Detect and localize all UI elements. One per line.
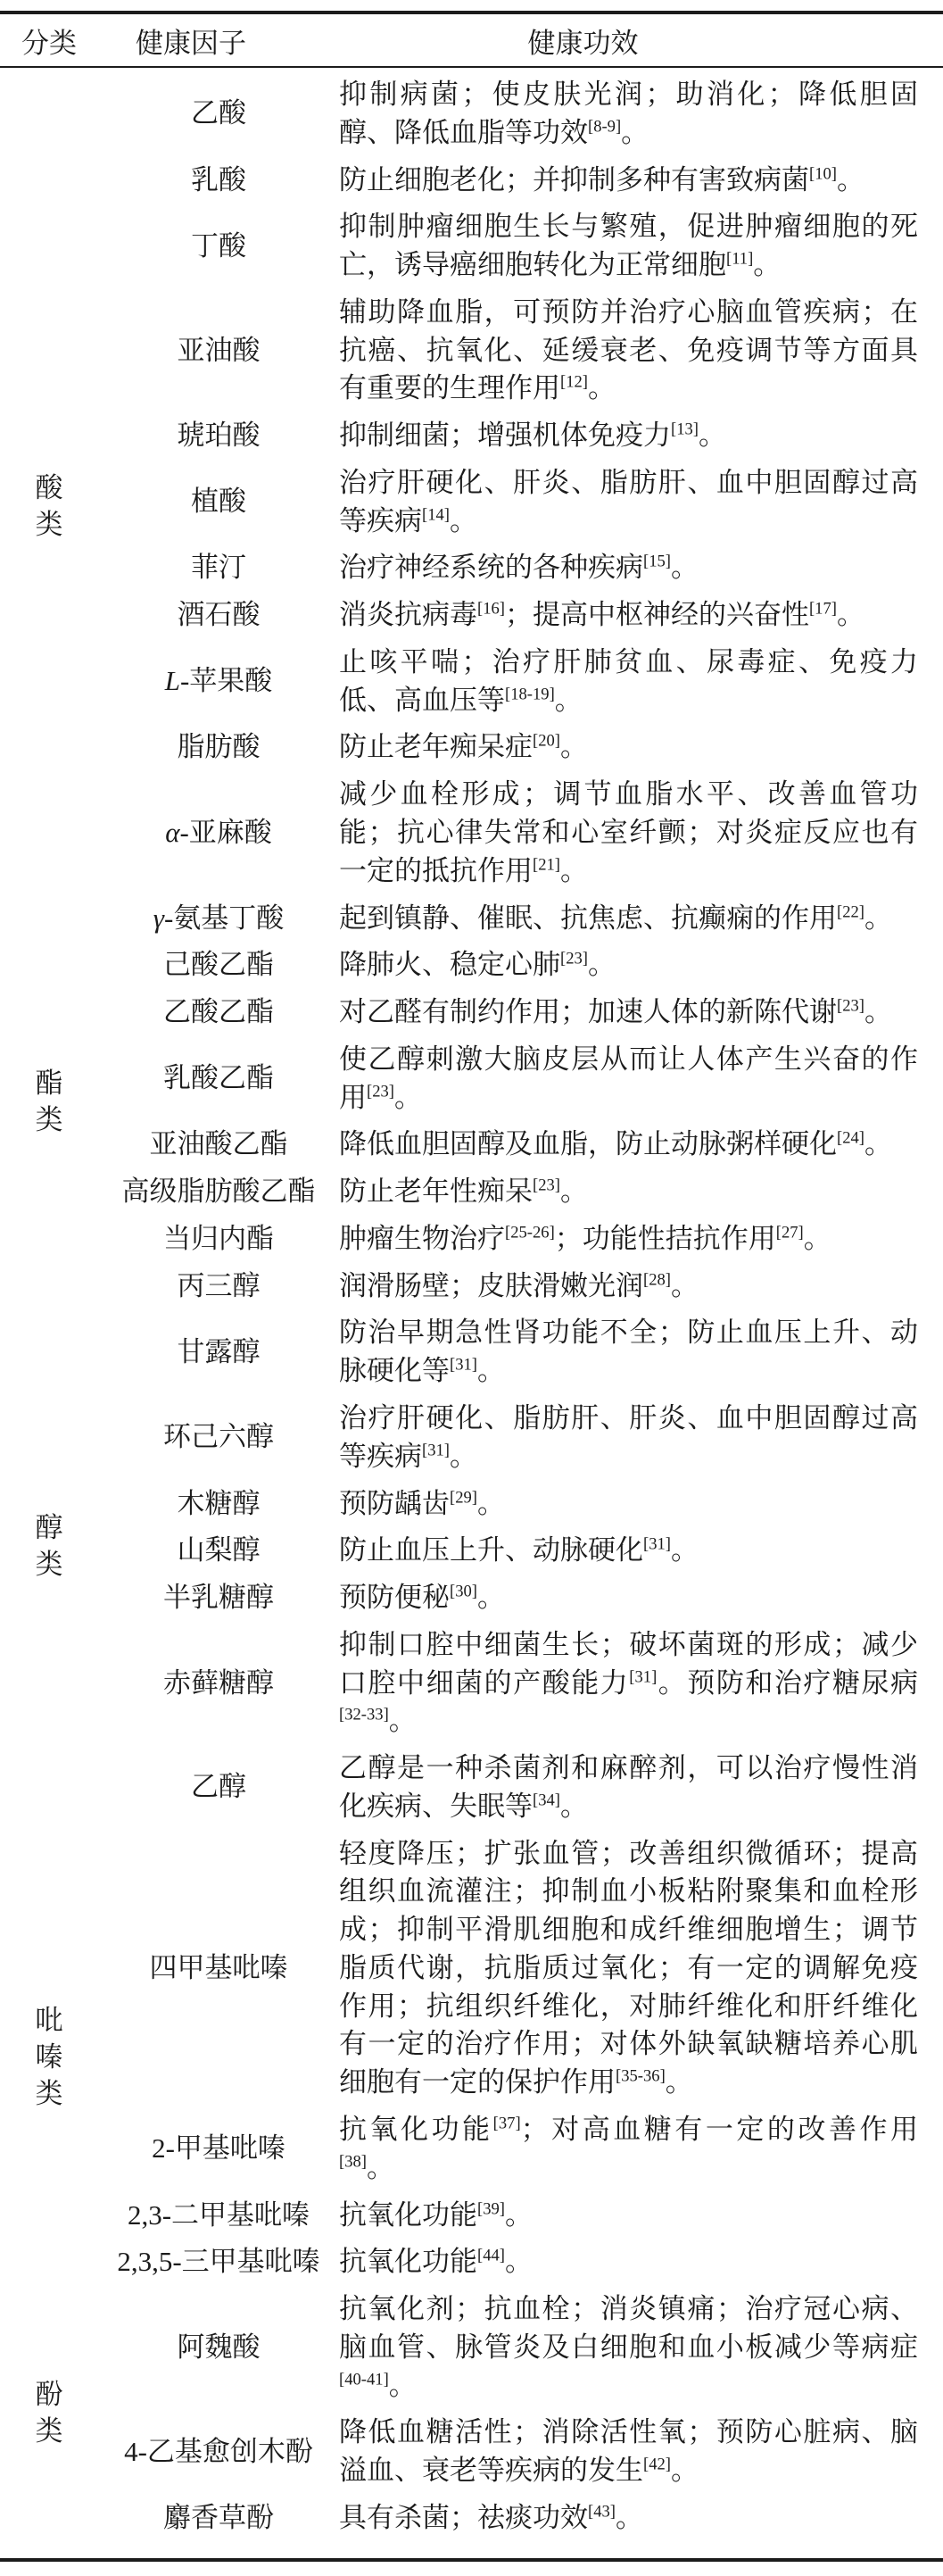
table-row: 阿魏酸 抗氧化剂；抗血栓；消炎镇痛；治疗冠心病、脑血管、脉管炎及白细胞和血小板减… — [98, 2286, 943, 2409]
factor-cell: 乙酸乙酯 — [98, 993, 339, 1032]
effect-cell: 治疗神经系统的各种疾病[15]。 — [339, 549, 943, 587]
table-row: 4-乙基愈创木酚 降低血糖活性；消除活性氧；预防心脏病、脑溢血、衰老等疾病的发生… — [98, 2409, 943, 2495]
factor-cell: 菲汀 — [98, 549, 339, 587]
factor-cell: 植酸 — [98, 464, 339, 541]
category-label: 醇类 — [33, 1510, 65, 1583]
category-group: 酸类 乙酸 抑制病菌；使皮肤光润；助消化；降低胆固醇、降低血脂等功效[8-9]。… — [0, 71, 943, 942]
table-row: 甘露醇 防治早期急性肾功能不全；防止血压上升、动脉硬化等[31]。 — [98, 1309, 943, 1395]
effect-cell: 防治早期急性肾功能不全；防止血压上升、动脉硬化等[31]。 — [339, 1314, 943, 1391]
effect-cell: 降低血糖活性；消除活性氧；预防心脏病、脑溢血、衰老等疾病的发生[42]。 — [339, 2414, 943, 2490]
effect-cell: 抑制肿瘤细胞生长与繁殖，促进肿瘤细胞的死亡，诱导癌细胞转化为正常细胞[11]。 — [339, 208, 943, 285]
category-label: 酚类 — [33, 2377, 65, 2450]
category-cell: 酯类 — [0, 942, 98, 1262]
effect-cell: 抑制细菌；增强机体免疫力[13]。 — [339, 417, 943, 455]
effect-cell: 防止细胞老化；并抑制多种有害致病菌[10]。 — [339, 162, 943, 200]
group-rows: 乙酸 抑制病菌；使皮肤光润；助消化；降低胆固醇、降低血脂等功效[8-9]。 乳酸… — [98, 71, 943, 942]
table-row: 乳酸乙酯 使乙醇刺激大脑皮层从而让人体产生兴奋的作用[23]。 — [98, 1036, 943, 1122]
category-group: 吡嗪类 四甲基吡嗪 轻度降压；扩张血管；改善组织微循环；提高组织血流灌注；抑制血… — [0, 1831, 943, 2286]
effect-cell: 治疗肝硬化、肝炎、脂肪肝、血中胆固醇过高等疾病[14]。 — [339, 464, 943, 541]
table-row: 赤藓糖醇 抑制口腔中细菌生长；破坏菌斑的形成；减少口腔中细菌的产酸能力[31]。… — [98, 1622, 943, 1745]
factor-cell: 赤藓糖醇 — [98, 1626, 339, 1741]
factor-cell: 山梨醇 — [98, 1532, 339, 1570]
table-row: 丁酸 抑制肿瘤细胞生长与繁殖，促进肿瘤细胞的死亡，诱导癌细胞转化为正常细胞[11… — [98, 204, 943, 289]
table-row: 乙酸 抑制病菌；使皮肤光润；助消化；降低胆固醇、降低血脂等功效[8-9]。 — [98, 71, 943, 157]
effect-cell: 减少血栓形成；调节血脂水平、改善血管功能；抗心律失常和心室纤颤；对炎症反应也有一… — [339, 776, 943, 890]
category-cell: 吡嗪类 — [0, 1831, 98, 2286]
table-row: 山梨醇 防止血压上升、动脉硬化[31]。 — [98, 1527, 943, 1575]
effect-cell: 起到镇静、催眠、抗焦虑、抗癫痫的作用[22]。 — [339, 900, 943, 938]
table-row: L-苹果酸 止咳平喘；治疗肝肺贫血、尿毒症、免疫力低、高血压等[18-19]。 — [98, 639, 943, 725]
table-row: 菲汀 治疗神经系统的各种疾病[15]。 — [98, 544, 943, 592]
header-category: 分类 — [0, 21, 98, 61]
category-cell: 酚类 — [0, 2286, 98, 2542]
table-row: 半乳糖醇 预防便秘[30]。 — [98, 1575, 943, 1622]
factor-cell: 2,3-二甲基吡嗪 — [98, 2197, 339, 2235]
table-row: 2-甲基吡嗪 抗氧化功能[37]；对高血糖有一定的改善作用[38]。 — [98, 2107, 943, 2192]
table-row: 高级脂肪酸乙酯 防止老年性痴呆[23]。 — [98, 1168, 943, 1216]
factor-cell: 当归内酯 — [98, 1220, 339, 1259]
factor-cell: 甘露醇 — [98, 1314, 339, 1391]
effect-cell: 降肺火、稳定心肺[23]。 — [339, 946, 943, 985]
header-effect: 健康功效 — [339, 21, 943, 61]
factor-cell: 乳酸 — [98, 162, 339, 200]
category-label: 酸类 — [33, 470, 65, 544]
table-row: 2,3,5-三甲基吡嗪 抗氧化功能[44]。 — [98, 2239, 943, 2286]
factor-cell: 高级脂肪酸乙酯 — [98, 1173, 339, 1211]
header-factor: 健康因子 — [98, 21, 339, 61]
factor-cell: 乳酸乙酯 — [98, 1041, 339, 1118]
effect-cell: 抑制口腔中细菌生长；破坏菌斑的形成；减少口腔中细菌的产酸能力[31]。预防和治疗… — [339, 1626, 943, 1741]
factor-cell: γ-氨基丁酸 — [98, 900, 339, 938]
factor-cell: 琥珀酸 — [98, 417, 339, 455]
table-row: 乙醇 乙醇是一种杀菌剂和麻醉剂，可以治疗慢性消化疾病、失眠等[34]。 — [98, 1745, 943, 1831]
table-body: 酸类 乙酸 抑制病菌；使皮肤光润；助消化；降低胆固醇、降低血脂等功效[8-9]。… — [0, 68, 943, 2551]
factor-cell: 亚油酸 — [98, 294, 339, 408]
category-label: 吡嗪类 — [33, 2003, 65, 2113]
table-row: 乳酸 防止细胞老化；并抑制多种有害致病菌[10]。 — [98, 157, 943, 204]
table-row: 丙三醇 润滑肠壁；皮肤滑嫩光润[28]。 — [98, 1263, 943, 1310]
table-bottom-rule — [0, 2558, 943, 2562]
factor-cell: 亚油酸乙酯 — [98, 1126, 339, 1164]
table-row: 乙酸乙酯 对乙醛有制约作用；加速人体的新陈代谢[23]。 — [98, 989, 943, 1036]
effect-cell: 消炎抗病毒[16]；提高中枢神经的兴奋性[17]。 — [339, 596, 943, 635]
effect-cell: 肿瘤生物治疗[25-26]；功能性拮抗作用[27]。 — [339, 1220, 943, 1259]
category-cell: 酸类 — [0, 71, 98, 942]
effect-cell: 治疗肝硬化、脂肪肝、肝炎、血中胆固醇过高等疾病[31]。 — [339, 1400, 943, 1476]
effect-cell: 具有杀菌；祛痰功效[43]。 — [339, 2499, 943, 2538]
factor-cell: 脂肪酸 — [98, 728, 339, 767]
table-row: 植酸 治疗肝硬化、肝炎、脂肪肝、血中胆固醇过高等疾病[14]。 — [98, 460, 943, 545]
category-label: 酯类 — [33, 1066, 65, 1139]
table-row: 麝香草酚 具有杀菌；祛痰功效[43]。 — [98, 2495, 943, 2542]
factor-cell: 丙三醇 — [98, 1267, 339, 1306]
table-row: α-亚麻酸 减少血栓形成；调节血脂水平、改善血管功能；抗心律失常和心室纤颤；对炎… — [98, 771, 943, 894]
group-rows: 阿魏酸 抗氧化剂；抗血栓；消炎镇痛；治疗冠心病、脑血管、脉管炎及白细胞和血小板减… — [98, 2286, 943, 2542]
factor-cell: 阿魏酸 — [98, 2290, 339, 2405]
effect-cell: 防止老年性痴呆[23]。 — [339, 1173, 943, 1211]
table-row: 四甲基吡嗪 轻度降压；扩张血管；改善组织微循环；提高组织血流灌注；抑制血小板粘附… — [98, 1831, 943, 2107]
table-row: 环己六醇 治疗肝硬化、脂肪肝、肝炎、血中胆固醇过高等疾病[31]。 — [98, 1395, 943, 1481]
effect-cell: 防止血压上升、动脉硬化[31]。 — [339, 1532, 943, 1570]
effect-cell: 轻度降压；扩张血管；改善组织微循环；提高组织血流灌注；抑制血小板粘附聚集和血栓形… — [339, 1835, 943, 2102]
table-header-row: 分类 健康因子 健康功效 — [0, 14, 943, 66]
effect-cell: 抗氧化剂；抗血栓；消炎镇痛；治疗冠心病、脑血管、脉管炎及白细胞和血小板减少等病症… — [339, 2290, 943, 2405]
effect-cell: 润滑肠壁；皮肤滑嫩光润[28]。 — [339, 1267, 943, 1306]
table-row: 己酸乙酯 降肺火、稳定心肺[23]。 — [98, 942, 943, 989]
effect-cell: 抑制病菌；使皮肤光润；助消化；降低胆固醇、降低血脂等功效[8-9]。 — [339, 76, 943, 153]
table-row: 酒石酸 消炎抗病毒[16]；提高中枢神经的兴奋性[17]。 — [98, 592, 943, 639]
effect-cell: 预防便秘[30]。 — [339, 1579, 943, 1617]
factor-cell: 4-乙基愈创木酚 — [98, 2414, 339, 2490]
group-rows: 己酸乙酯 降肺火、稳定心肺[23]。 乙酸乙酯 对乙醛有制约作用；加速人体的新陈… — [98, 942, 943, 1262]
table-row: 脂肪酸 防止老年痴呆症[20]。 — [98, 724, 943, 771]
table-row: 当归内酯 肿瘤生物治疗[25-26]；功能性拮抗作用[27]。 — [98, 1216, 943, 1263]
effect-cell: 使乙醇刺激大脑皮层从而让人体产生兴奋的作用[23]。 — [339, 1041, 943, 1118]
effect-cell: 预防龋齿[29]。 — [339, 1485, 943, 1524]
table-row: 木糖醇 预防龋齿[29]。 — [98, 1481, 943, 1528]
table-row: 2,3-二甲基吡嗪 抗氧化功能[39]。 — [98, 2192, 943, 2239]
factor-cell: 2-甲基吡嗪 — [98, 2111, 339, 2188]
factor-cell: 麝香草酚 — [98, 2499, 339, 2538]
group-rows: 四甲基吡嗪 轻度降压；扩张血管；改善组织微循环；提高组织血流灌注；抑制血小板粘附… — [98, 1831, 943, 2286]
category-cell: 醇类 — [0, 1263, 98, 1831]
effect-cell: 抗氧化功能[37]；对高血糖有一定的改善作用[38]。 — [339, 2111, 943, 2188]
factor-cell: 木糖醇 — [98, 1485, 339, 1524]
effect-cell: 乙醇是一种杀菌剂和麻醉剂，可以治疗慢性消化疾病、失眠等[34]。 — [339, 1749, 943, 1826]
table-row: 亚油酸 辅助降血脂，可预防并治疗心脑血管疾病；在抗癌、抗氧化、延缓衰老、免疫调节… — [98, 289, 943, 412]
category-group: 酚类 阿魏酸 抗氧化剂；抗血栓；消炎镇痛；治疗冠心病、脑血管、脉管炎及白细胞和血… — [0, 2286, 943, 2542]
paper-table-page: 分类 健康因子 健康功效 酸类 乙酸 抑制病菌；使皮肤光润；助消化；降低胆固醇、… — [0, 0, 943, 2576]
effect-cell: 降低血胆固醇及血脂，防止动脉粥样硬化[24]。 — [339, 1126, 943, 1164]
table-row: γ-氨基丁酸 起到镇静、催眠、抗焦虑、抗癫痫的作用[22]。 — [98, 895, 943, 943]
factor-cell: L-苹果酸 — [98, 644, 339, 720]
factor-cell: 四甲基吡嗪 — [98, 1835, 339, 2102]
factor-cell: 2,3,5-三甲基吡嗪 — [98, 2243, 339, 2281]
table-row: 亚油酸乙酯 降低血胆固醇及血脂，防止动脉粥样硬化[24]。 — [98, 1121, 943, 1168]
factor-cell: 乙醇 — [98, 1749, 339, 1826]
group-rows: 丙三醇 润滑肠壁；皮肤滑嫩光润[28]。 甘露醇 防治早期急性肾功能不全；防止血… — [98, 1263, 943, 1831]
factor-cell: α-亚麻酸 — [98, 776, 339, 890]
effect-cell: 止咳平喘；治疗肝肺贫血、尿毒症、免疫力低、高血压等[18-19]。 — [339, 644, 943, 720]
factor-cell: 半乳糖醇 — [98, 1579, 339, 1617]
effect-cell: 防止老年痴呆症[20]。 — [339, 728, 943, 767]
category-group: 酯类 己酸乙酯 降肺火、稳定心肺[23]。 乙酸乙酯 对乙醛有制约作用；加速人体… — [0, 942, 943, 1262]
effect-cell: 辅助降血脂，可预防并治疗心脑血管疾病；在抗癌、抗氧化、延缓衰老、免疫调节等方面具… — [339, 294, 943, 408]
effect-cell: 抗氧化功能[44]。 — [339, 2243, 943, 2281]
category-group: 醇类 丙三醇 润滑肠壁；皮肤滑嫩光润[28]。 甘露醇 防治早期急性肾功能不全；… — [0, 1263, 943, 1831]
factor-cell: 己酸乙酯 — [98, 946, 339, 985]
effect-cell: 对乙醛有制约作用；加速人体的新陈代谢[23]。 — [339, 993, 943, 1032]
factor-cell: 环己六醇 — [98, 1400, 339, 1476]
factor-cell: 酒石酸 — [98, 596, 339, 635]
factor-cell: 乙酸 — [98, 76, 339, 153]
table-row: 琥珀酸 抑制细菌；增强机体免疫力[13]。 — [98, 412, 943, 460]
effect-cell: 抗氧化功能[39]。 — [339, 2197, 943, 2235]
factor-cell: 丁酸 — [98, 208, 339, 285]
